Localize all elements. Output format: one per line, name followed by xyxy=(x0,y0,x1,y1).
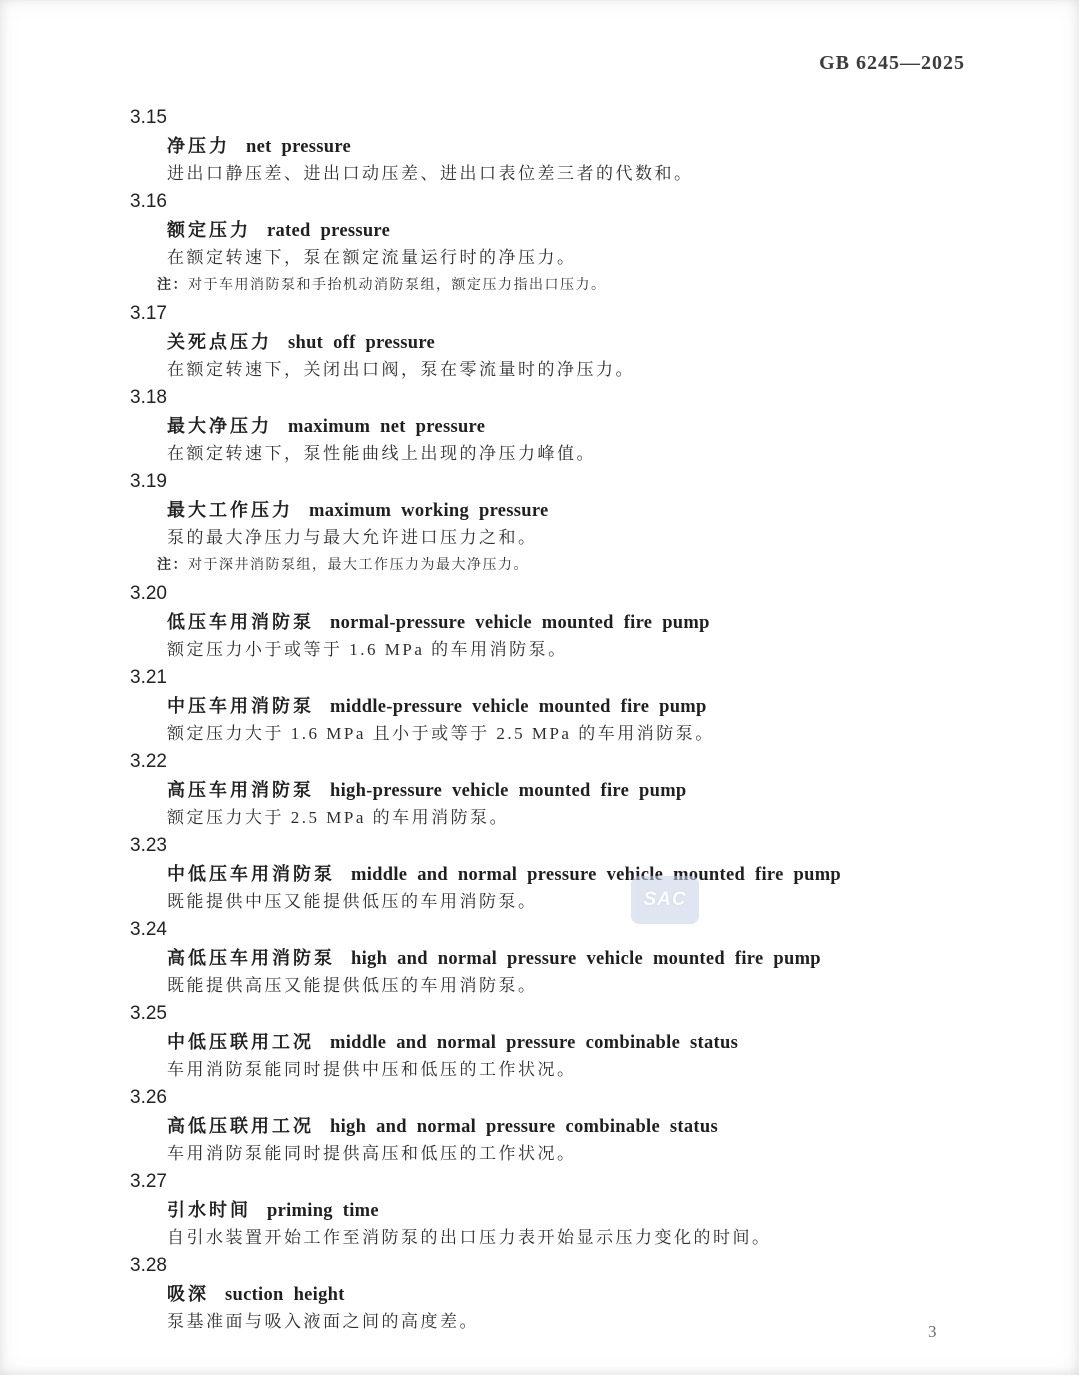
term-line: 净压力net pressure xyxy=(130,132,1024,160)
term-definition: 在额定转速下，泵性能曲线上出现的净压力峰值。 xyxy=(130,440,1024,468)
term-line: 中压车用消防泵middle-pressure vehicle mounted f… xyxy=(130,692,1024,720)
term-entry-number: 3.25 xyxy=(130,1000,1024,1028)
term-entry: 3.17 关死点压力shut off pressure 在额定转速下，关闭出口阀… xyxy=(130,300,1024,384)
sac-watermark-logo: SAC xyxy=(631,876,699,924)
term-english: high and normal pressure combinable stat… xyxy=(330,1117,718,1137)
term-entry: 3.28 吸深suction height 泵基准面与吸入液面之间的高度差。 xyxy=(130,1252,1024,1336)
standard-number-header: GB 6245—2025 xyxy=(819,52,965,75)
term-entry: 3.21 中压车用消防泵middle-pressure vehicle moun… xyxy=(130,664,1024,748)
term-definition: 自引水装置开始工作至消防泵的出口压力表开始显示压力变化的时间。 xyxy=(130,1224,1024,1252)
term-english: shut off pressure xyxy=(288,333,435,353)
term-entry-number: 3.27 xyxy=(130,1168,1024,1196)
term-definition: 泵的最大净压力与最大允许进口压力之和。 xyxy=(130,524,1024,552)
note-text: 对于深井消防泵组，最大工作压力为最大净压力。 xyxy=(188,558,529,573)
term-english: suction height xyxy=(225,1285,345,1305)
term-line: 最大净压力maximum net pressure xyxy=(130,412,1024,440)
term-chinese: 吸深 xyxy=(167,1284,209,1304)
term-english: high and normal pressure vehicle mounted… xyxy=(351,949,821,969)
term-definition: 车用消防泵能同时提供高压和低压的工作状况。 xyxy=(130,1140,1024,1168)
term-english: middle and normal pressure combinable st… xyxy=(330,1033,738,1053)
term-definition: 既能提供高压又能提供低压的车用消防泵。 xyxy=(130,972,1024,1000)
term-english: rated pressure xyxy=(267,221,390,241)
term-definition: 额定压力大于 1.6 MPa 且小于或等于 2.5 MPa 的车用消防泵。 xyxy=(130,720,1024,748)
term-entry: 3.18 最大净压力maximum net pressure 在额定转速下，泵性… xyxy=(130,384,1024,468)
term-line: 吸深suction height xyxy=(130,1280,1024,1308)
term-definition: 进出口静压差、进出口动压差、进出口表位差三者的代数和。 xyxy=(130,160,1024,188)
term-definition: 额定压力小于或等于 1.6 MPa 的车用消防泵。 xyxy=(130,636,1024,664)
term-english: middle and normal pressure vehicle mount… xyxy=(351,865,841,885)
term-line: 关死点压力shut off pressure xyxy=(130,328,1024,356)
term-chinese: 引水时间 xyxy=(167,1200,251,1220)
term-entry-number: 3.15 xyxy=(130,104,1024,132)
note-label: 注： xyxy=(157,278,188,293)
term-definition: 在额定转速下，泵在额定流量运行时的净压力。 xyxy=(130,244,1024,272)
term-english: high-pressure vehicle mounted fire pump xyxy=(330,781,687,801)
term-entry-number: 3.22 xyxy=(130,748,1024,776)
term-entry: 3.20 低压车用消防泵normal-pressure vehicle moun… xyxy=(130,580,1024,664)
term-entry-number: 3.24 xyxy=(130,916,1024,944)
term-english: maximum net pressure xyxy=(288,417,485,437)
term-chinese: 关死点压力 xyxy=(167,332,272,352)
term-line: 引水时间priming time xyxy=(130,1196,1024,1224)
term-entry-number: 3.16 xyxy=(130,188,1024,216)
term-chinese: 额定压力 xyxy=(167,220,251,240)
term-line: 中低压车用消防泵middle and normal pressure vehic… xyxy=(130,860,1024,888)
term-entry: 3.23 中低压车用消防泵middle and normal pressure … xyxy=(130,832,1024,916)
term-entry: 3.16 额定压力rated pressure 在额定转速下，泵在额定流量运行时… xyxy=(130,188,1024,300)
term-note: 注：对于深井消防泵组，最大工作压力为最大净压力。 xyxy=(130,552,1024,580)
term-line: 额定压力rated pressure xyxy=(130,216,1024,244)
term-line: 低压车用消防泵normal-pressure vehicle mounted f… xyxy=(130,608,1024,636)
term-entry-number: 3.19 xyxy=(130,468,1024,496)
term-chinese: 高压车用消防泵 xyxy=(167,780,314,800)
term-definition: 泵基准面与吸入液面之间的高度差。 xyxy=(130,1308,1024,1336)
term-entry-number: 3.23 xyxy=(130,832,1024,860)
term-english: maximum working pressure xyxy=(309,501,549,521)
term-definition: 在额定转速下，关闭出口阀，泵在零流量时的净压力。 xyxy=(130,356,1024,384)
term-line: 高低压联用工况high and normal pressure combinab… xyxy=(130,1112,1024,1140)
term-line: 高压车用消防泵high-pressure vehicle mounted fir… xyxy=(130,776,1024,804)
term-line: 中低压联用工况middle and normal pressure combin… xyxy=(130,1028,1024,1056)
term-entry: 3.22 高压车用消防泵high-pressure vehicle mounte… xyxy=(130,748,1024,832)
document-page: GB 6245—2025 3.15 净压力net pressure 进出口静压差… xyxy=(0,0,1079,1375)
term-entry: 3.15 净压力net pressure 进出口静压差、进出口动压差、进出口表位… xyxy=(130,104,1024,188)
term-entry: 3.27 引水时间priming time 自引水装置开始工作至消防泵的出口压力… xyxy=(130,1168,1024,1252)
term-entry: 3.26 高低压联用工况high and normal pressure com… xyxy=(130,1084,1024,1168)
terminology-section-list: 3.15 净压力net pressure 进出口静压差、进出口动压差、进出口表位… xyxy=(130,104,1024,1336)
page-number: 3 xyxy=(928,1322,937,1342)
term-entry: 3.19 最大工作压力maximum working pressure 泵的最大… xyxy=(130,468,1024,580)
term-definition: 既能提供中压又能提供低压的车用消防泵。 xyxy=(130,888,1024,916)
term-note: 注：对于车用消防泵和手抬机动消防泵组，额定压力指出口压力。 xyxy=(130,272,1024,300)
term-entry-number: 3.21 xyxy=(130,664,1024,692)
term-chinese: 低压车用消防泵 xyxy=(167,612,314,632)
term-entry-number: 3.18 xyxy=(130,384,1024,412)
term-chinese: 中低压车用消防泵 xyxy=(167,864,335,884)
term-entry-number: 3.26 xyxy=(130,1084,1024,1112)
term-line: 高低压车用消防泵high and normal pressure vehicle… xyxy=(130,944,1024,972)
term-english: net pressure xyxy=(246,137,351,157)
term-definition: 额定压力大于 2.5 MPa 的车用消防泵。 xyxy=(130,804,1024,832)
note-text: 对于车用消防泵和手抬机动消防泵组，额定压力指出口压力。 xyxy=(188,278,607,293)
term-entry-number: 3.17 xyxy=(130,300,1024,328)
term-definition: 车用消防泵能同时提供中压和低压的工作状况。 xyxy=(130,1056,1024,1084)
term-chinese: 最大净压力 xyxy=(167,416,272,436)
term-chinese: 净压力 xyxy=(167,136,230,156)
term-chinese: 高低压车用消防泵 xyxy=(167,948,335,968)
term-entry: 3.25 中低压联用工况middle and normal pressure c… xyxy=(130,1000,1024,1084)
term-english: normal-pressure vehicle mounted fire pum… xyxy=(330,613,710,633)
term-line: 最大工作压力maximum working pressure xyxy=(130,496,1024,524)
term-english: priming time xyxy=(267,1201,379,1221)
term-english: middle-pressure vehicle mounted fire pum… xyxy=(330,697,707,717)
term-chinese: 中低压联用工况 xyxy=(167,1032,314,1052)
term-chinese: 中压车用消防泵 xyxy=(167,696,314,716)
term-chinese: 最大工作压力 xyxy=(167,500,293,520)
term-entry-number: 3.20 xyxy=(130,580,1024,608)
term-chinese: 高低压联用工况 xyxy=(167,1116,314,1136)
term-entry: 3.24 高低压车用消防泵high and normal pressure ve… xyxy=(130,916,1024,1000)
note-label: 注： xyxy=(157,558,188,573)
term-entry-number: 3.28 xyxy=(130,1252,1024,1280)
